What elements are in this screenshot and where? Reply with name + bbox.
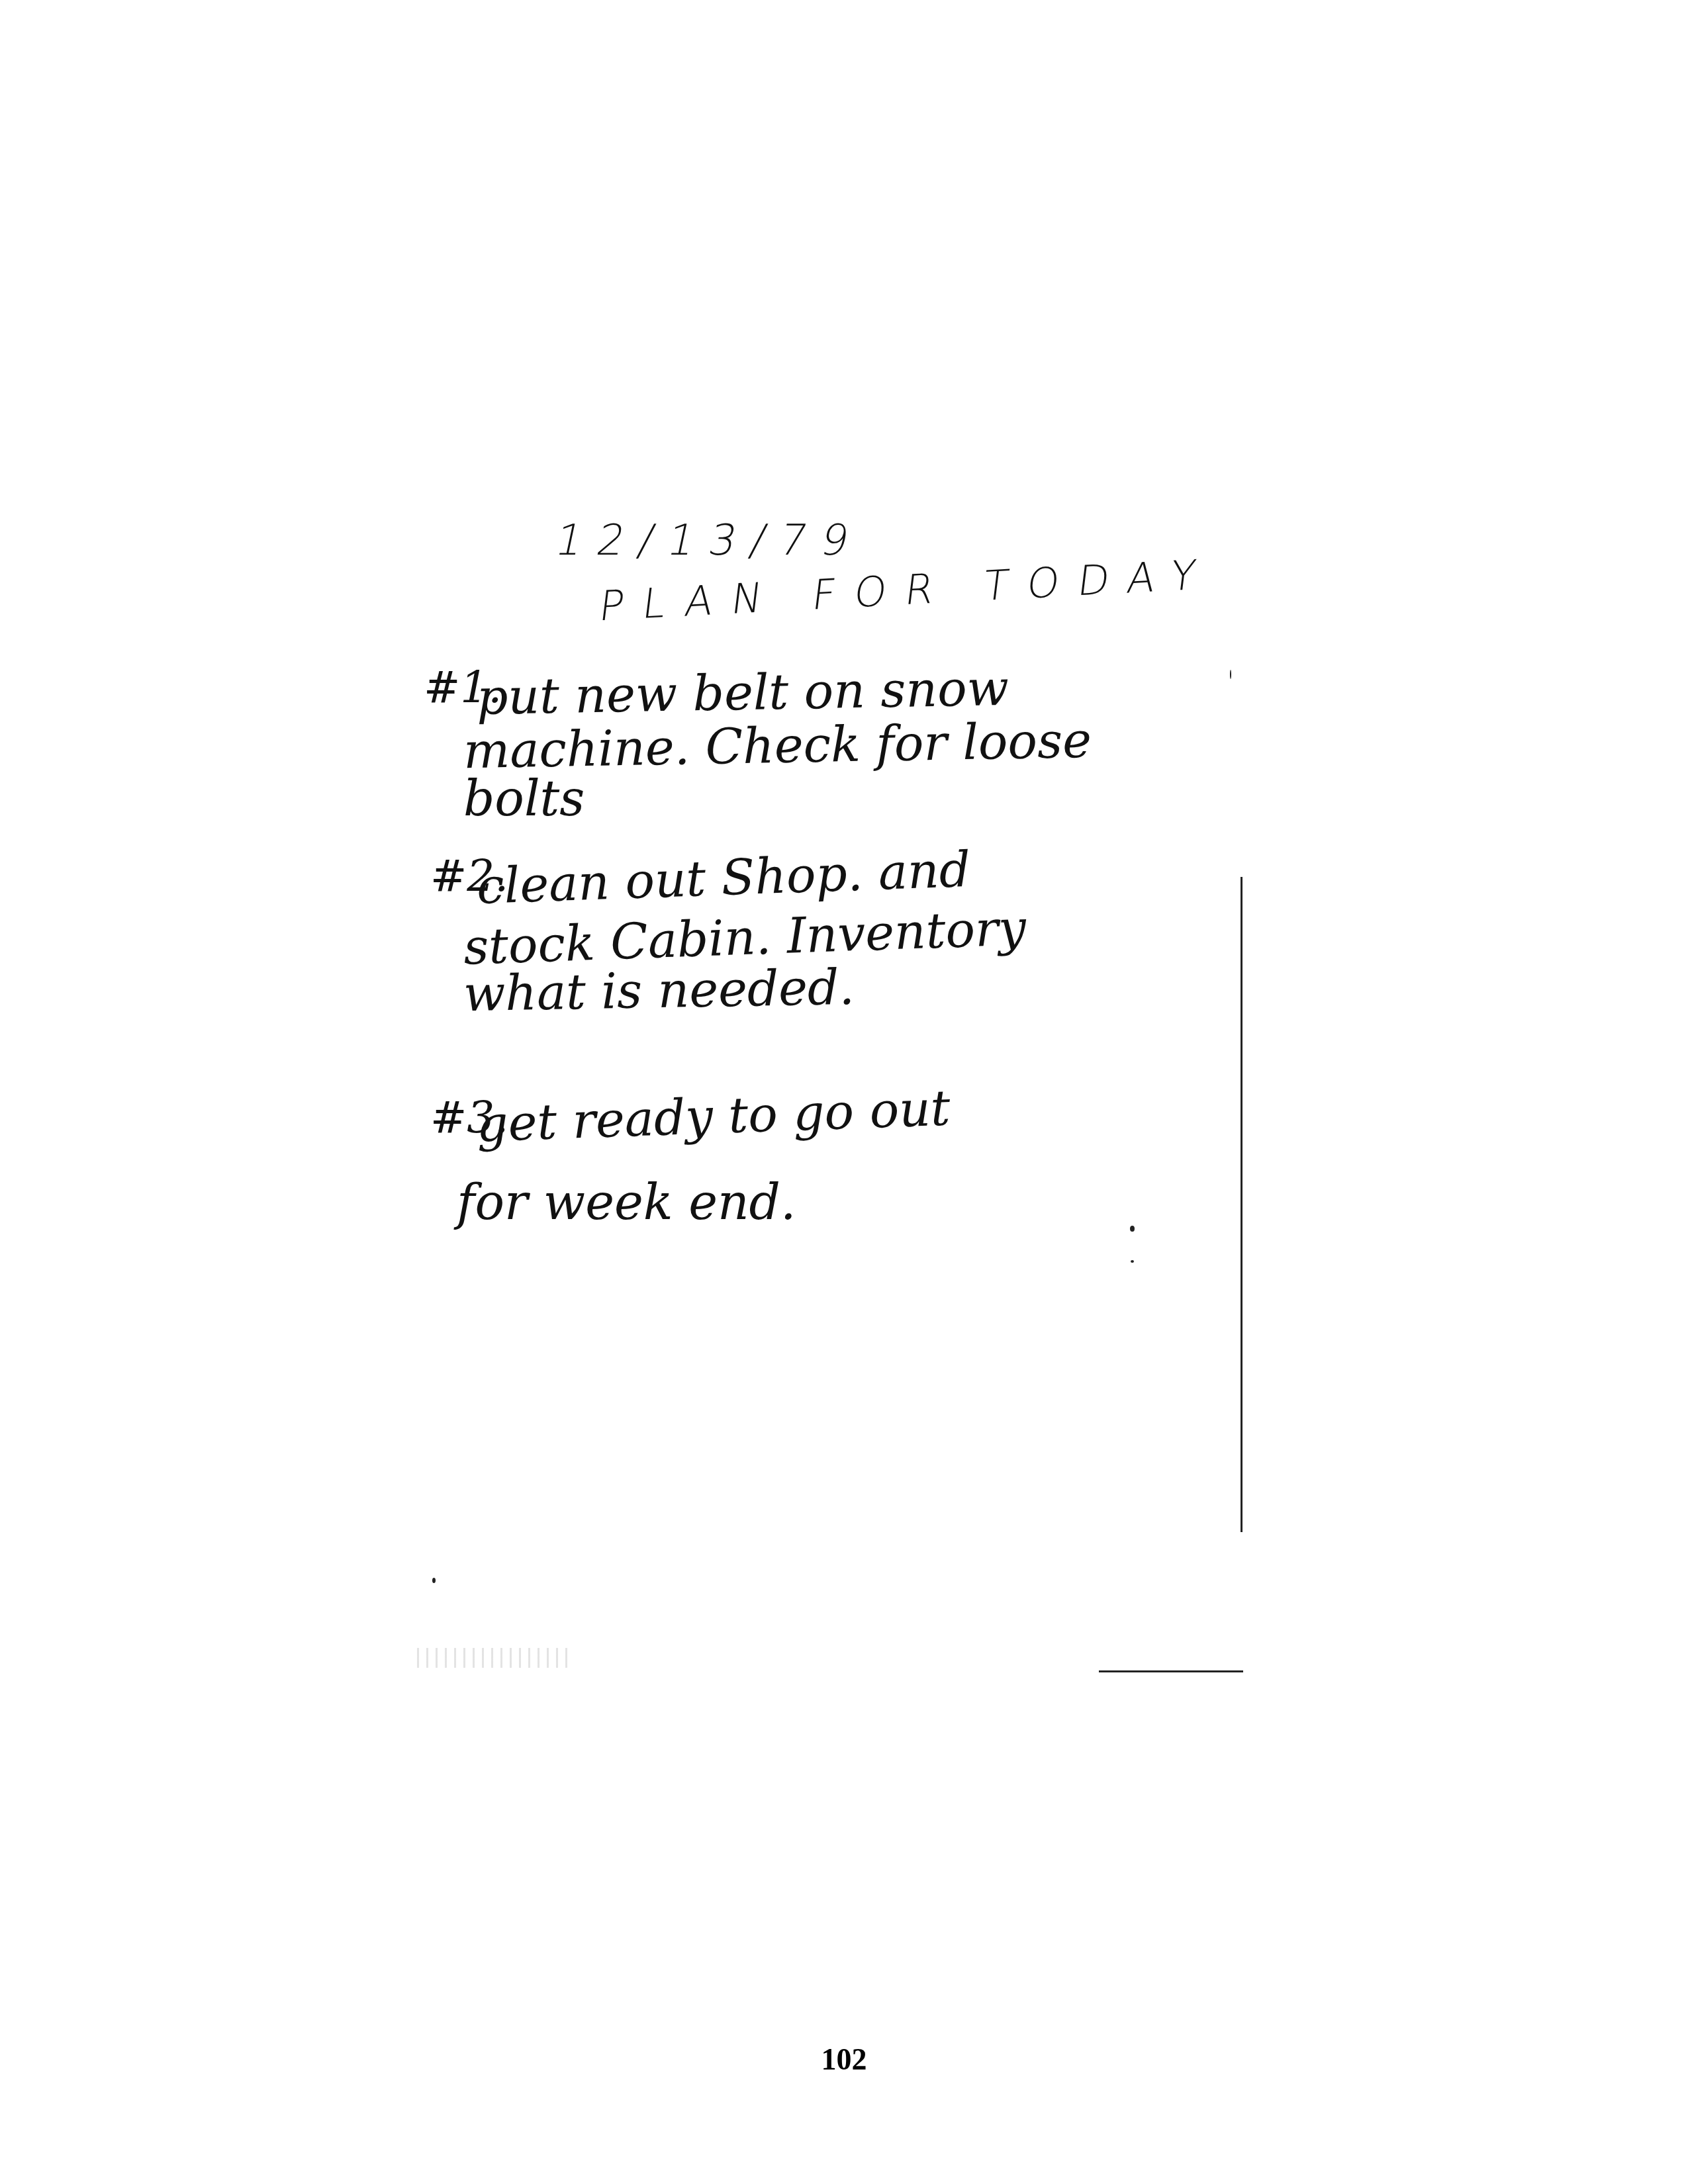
scan-speck	[432, 1578, 436, 1583]
item-text-line: put new belt on snow	[476, 664, 1009, 722]
scan-speck	[1230, 670, 1231, 679]
item-text-line: machine. Check for loose	[463, 716, 1092, 776]
item-text-line: bolts	[463, 774, 585, 823]
item-text-line: what is needed.	[463, 963, 855, 1019]
scan-edge-horizontal-line	[1099, 1670, 1243, 1672]
scan-noise	[417, 1648, 569, 1668]
page-number: 102	[0, 2042, 1688, 2077]
document-page: 12/13/79 PLAN FOR TODAY #1. put new belt…	[0, 0, 1688, 2184]
item-text-line: get ready to go out	[476, 1084, 951, 1150]
scan-speck	[1130, 1226, 1135, 1232]
scan-speck	[1131, 1260, 1134, 1263]
note-date: 12/13/79	[551, 516, 868, 565]
item-text-line: for week end.	[457, 1178, 796, 1227]
scan-edge-vertical-line	[1241, 877, 1243, 1532]
item-text-line: clean out Shop. and	[476, 845, 971, 911]
